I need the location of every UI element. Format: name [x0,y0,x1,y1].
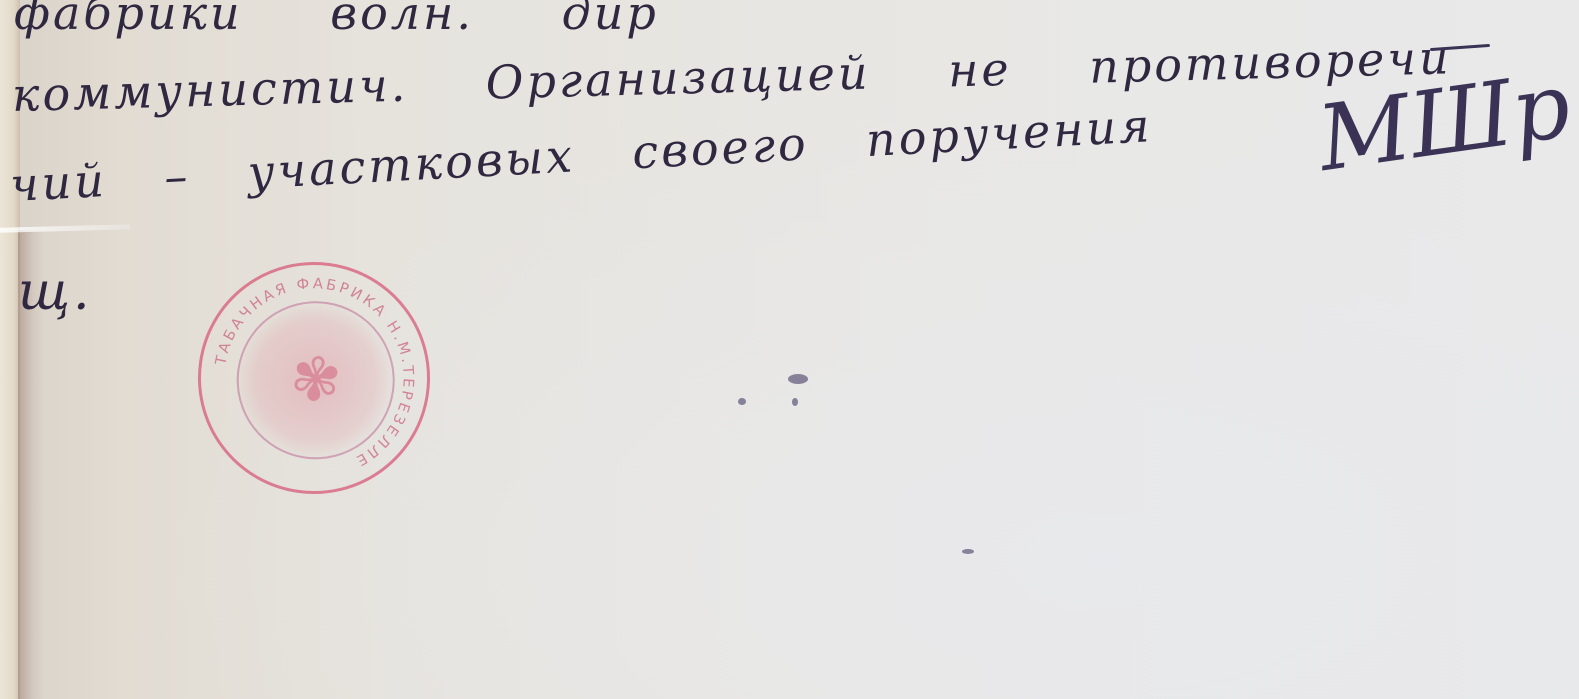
ink-speck [738,398,746,405]
handwritten-line-4: щ. [18,262,93,322]
handwritten-line-2: коммунистич. Организацией не противоречи [11,30,1452,122]
ink-speck [962,549,974,554]
red-seal-stamp: ТАБАЧНАЯ ФАБРИКА Н.М.ТЕРЕЗЕЛЛЕ ✾ [183,247,445,509]
document-page: фабрики волн. дир коммунистич. Организац… [0,0,1579,699]
stamp-emblem-icon: ✾ [286,342,346,418]
handwritten-line-1: фабрики волн. дир [14,0,659,40]
ink-speck [792,398,798,406]
ink-speck [788,374,808,384]
